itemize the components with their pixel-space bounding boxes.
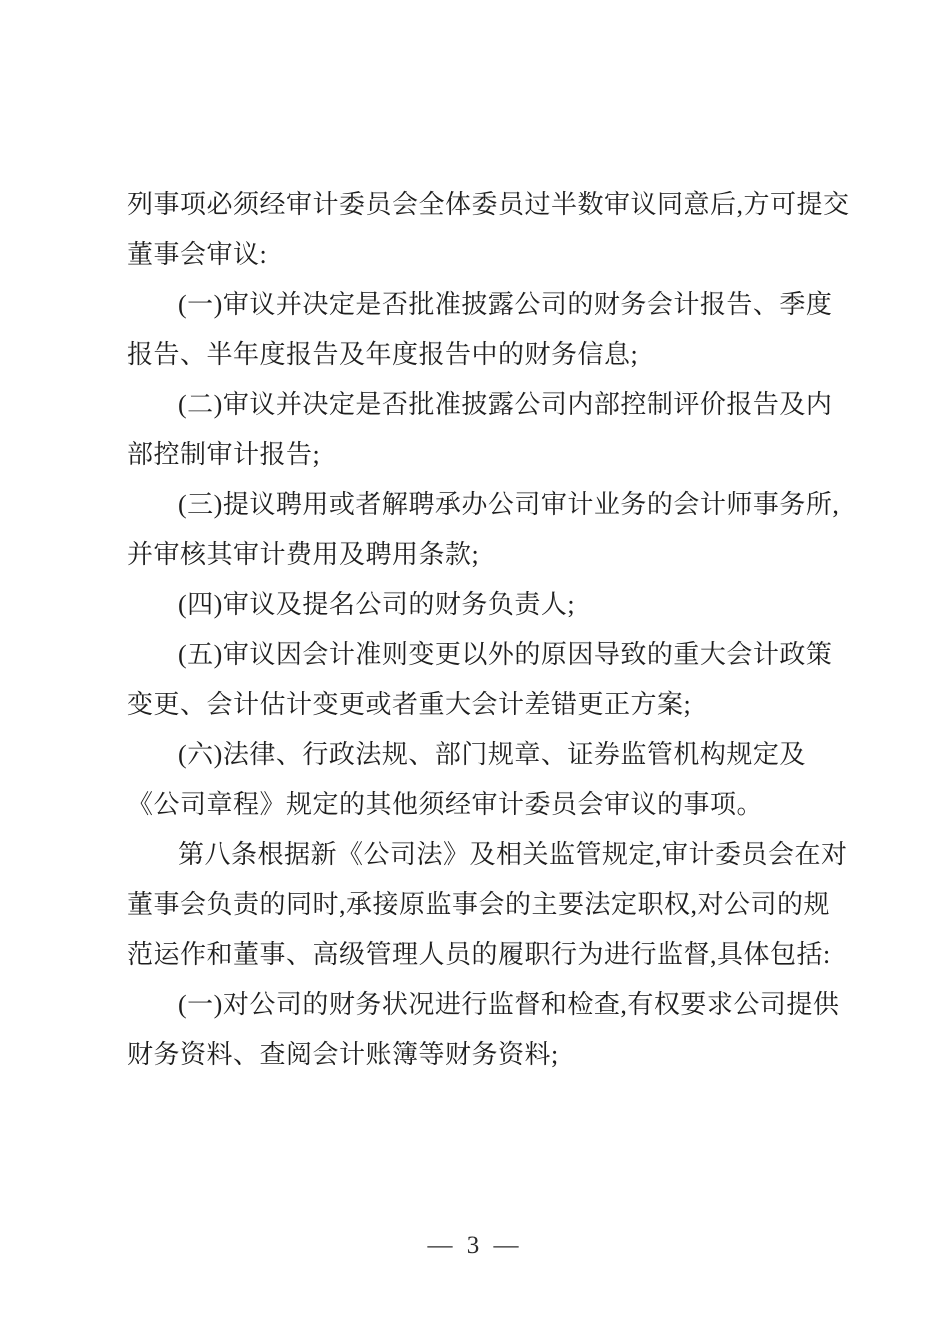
- text-line: (三)提议聘用或者解聘承办公司审计业务的会计师事务所,: [127, 480, 850, 530]
- text-line: 并审核其审计费用及聘用条款;: [127, 530, 850, 580]
- text-line: 范运作和董事、高级管理人员的履职行为进行监督,具体包括:: [127, 930, 850, 980]
- text-line: 列事项必须经审计委员会全体委员过半数审议同意后,方可提交: [127, 180, 850, 230]
- text-line: (六)法律、行政法规、部门规章、证券监管机构规定及: [127, 730, 850, 780]
- text-line: 部控制审计报告;: [127, 430, 850, 480]
- text-line: 财务资料、查阅会计账簿等财务资料;: [127, 1030, 850, 1080]
- text-line: (四)审议及提名公司的财务负责人;: [127, 580, 850, 630]
- document-body: 列事项必须经审计委员会全体委员过半数审议同意后,方可提交 董事会审议: (一)审…: [127, 180, 850, 1080]
- text-line: 第八条根据新《公司法》及相关监管规定,审计委员会在对: [127, 830, 850, 880]
- text-line: 董事会审议:: [127, 230, 850, 280]
- text-line: (二)审议并决定是否批准披露公司内部控制评价报告及内: [127, 380, 850, 430]
- text-line: (一)对公司的财务状况进行监督和检查,有权要求公司提供: [127, 980, 850, 1030]
- text-line: (一)审议并决定是否批准披露公司的财务会计报告、季度: [127, 280, 850, 330]
- page-number: — 3 —: [0, 1228, 950, 1264]
- text-line: 变更、会计估计变更或者重大会计差错更正方案;: [127, 680, 850, 730]
- text-line: 报告、半年度报告及年度报告中的财务信息;: [127, 330, 850, 380]
- text-line: (五)审议因会计准则变更以外的原因导致的重大会计政策: [127, 630, 850, 680]
- text-line: 《公司章程》规定的其他须经审计委员会审议的事项。: [127, 780, 850, 830]
- text-line: 董事会负责的同时,承接原监事会的主要法定职权,对公司的规: [127, 880, 850, 930]
- document-page: 列事项必须经审计委员会全体委员过半数审议同意后,方可提交 董事会审议: (一)审…: [0, 0, 950, 1344]
